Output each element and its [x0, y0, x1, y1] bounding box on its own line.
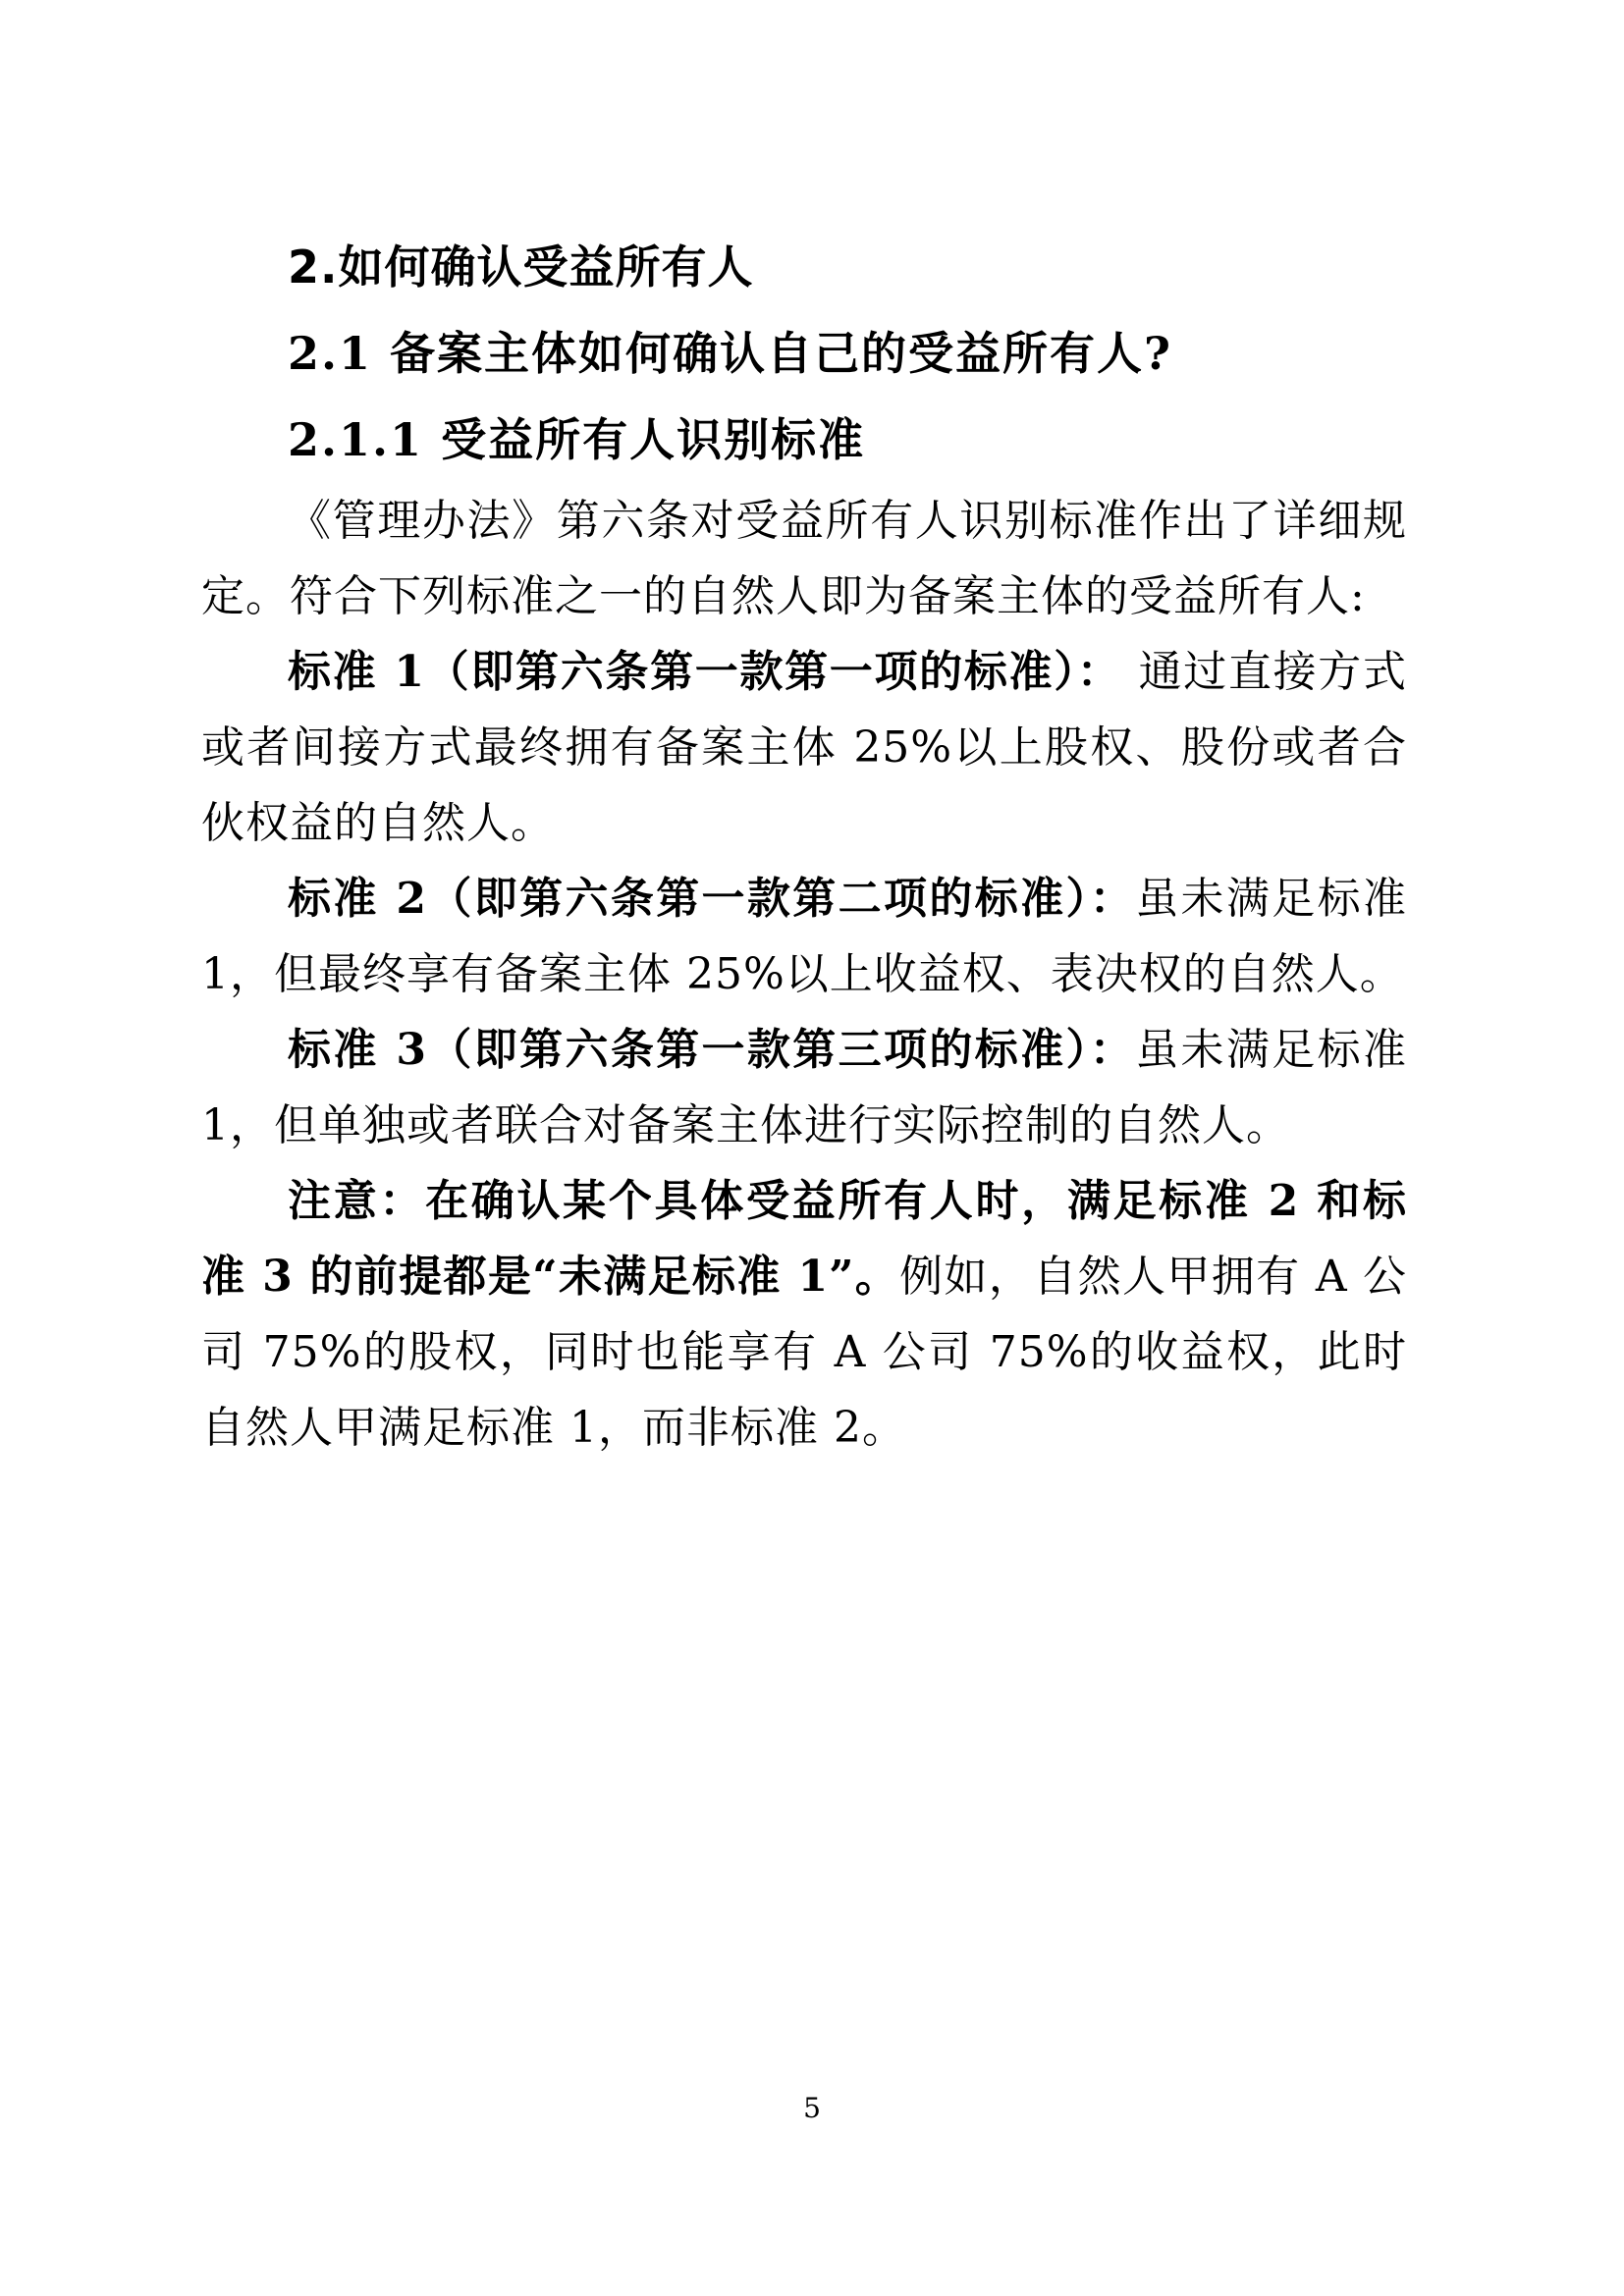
paragraph-intro: 《管理办法》第六条对受益所有人识别标准作出了详细规定。符合下列标准之一的自然人即…	[201, 483, 1407, 634]
heading-section-2-1: 2.1 备案主体如何确认自己的受益所有人?	[201, 310, 1407, 397]
standard-2-label: 标准 2（即第六条第一款第二项的标准）：	[288, 874, 1135, 924]
standard-3-label: 标准 3（即第六条第一款第三项的标准）：	[288, 1025, 1135, 1075]
heading-section-2: 2.如何确认受益所有人	[201, 224, 1407, 310]
paragraph-standard-3: 标准 3（即第六条第一款第三项的标准）：虽未满足标准 1，但单独或者联合对备案主…	[201, 1012, 1407, 1163]
paragraph-note: 注意：在确认某个具体受益所有人时，满足标准 2 和标准 3 的前提都是“未满足标…	[201, 1163, 1407, 1466]
paragraph-standard-1: 标准 1（即第六条第一款第一项的标准）： 通过直接方式或者间接方式最终拥有备案主…	[201, 634, 1407, 861]
paragraph-standard-2: 标准 2（即第六条第一款第二项的标准）：虽未满足标准 1，但最终享有备案主体 2…	[201, 861, 1407, 1012]
page-number: 5	[0, 2089, 1624, 2128]
document-page: 2.如何确认受益所有人 2.1 备案主体如何确认自己的受益所有人? 2.1.1 …	[0, 0, 1624, 2296]
standard-1-label: 标准 1（即第六条第一款第一项的标准）：	[288, 647, 1139, 697]
heading-section-2-1-1: 2.1.1 受益所有人识别标准	[201, 397, 1407, 483]
paragraph-intro-text: 《管理办法》第六条对受益所有人识别标准作出了详细规定。符合下列标准之一的自然人即…	[201, 496, 1407, 621]
document-body: 2.如何确认受益所有人 2.1 备案主体如何确认自己的受益所有人? 2.1.1 …	[201, 224, 1407, 1466]
